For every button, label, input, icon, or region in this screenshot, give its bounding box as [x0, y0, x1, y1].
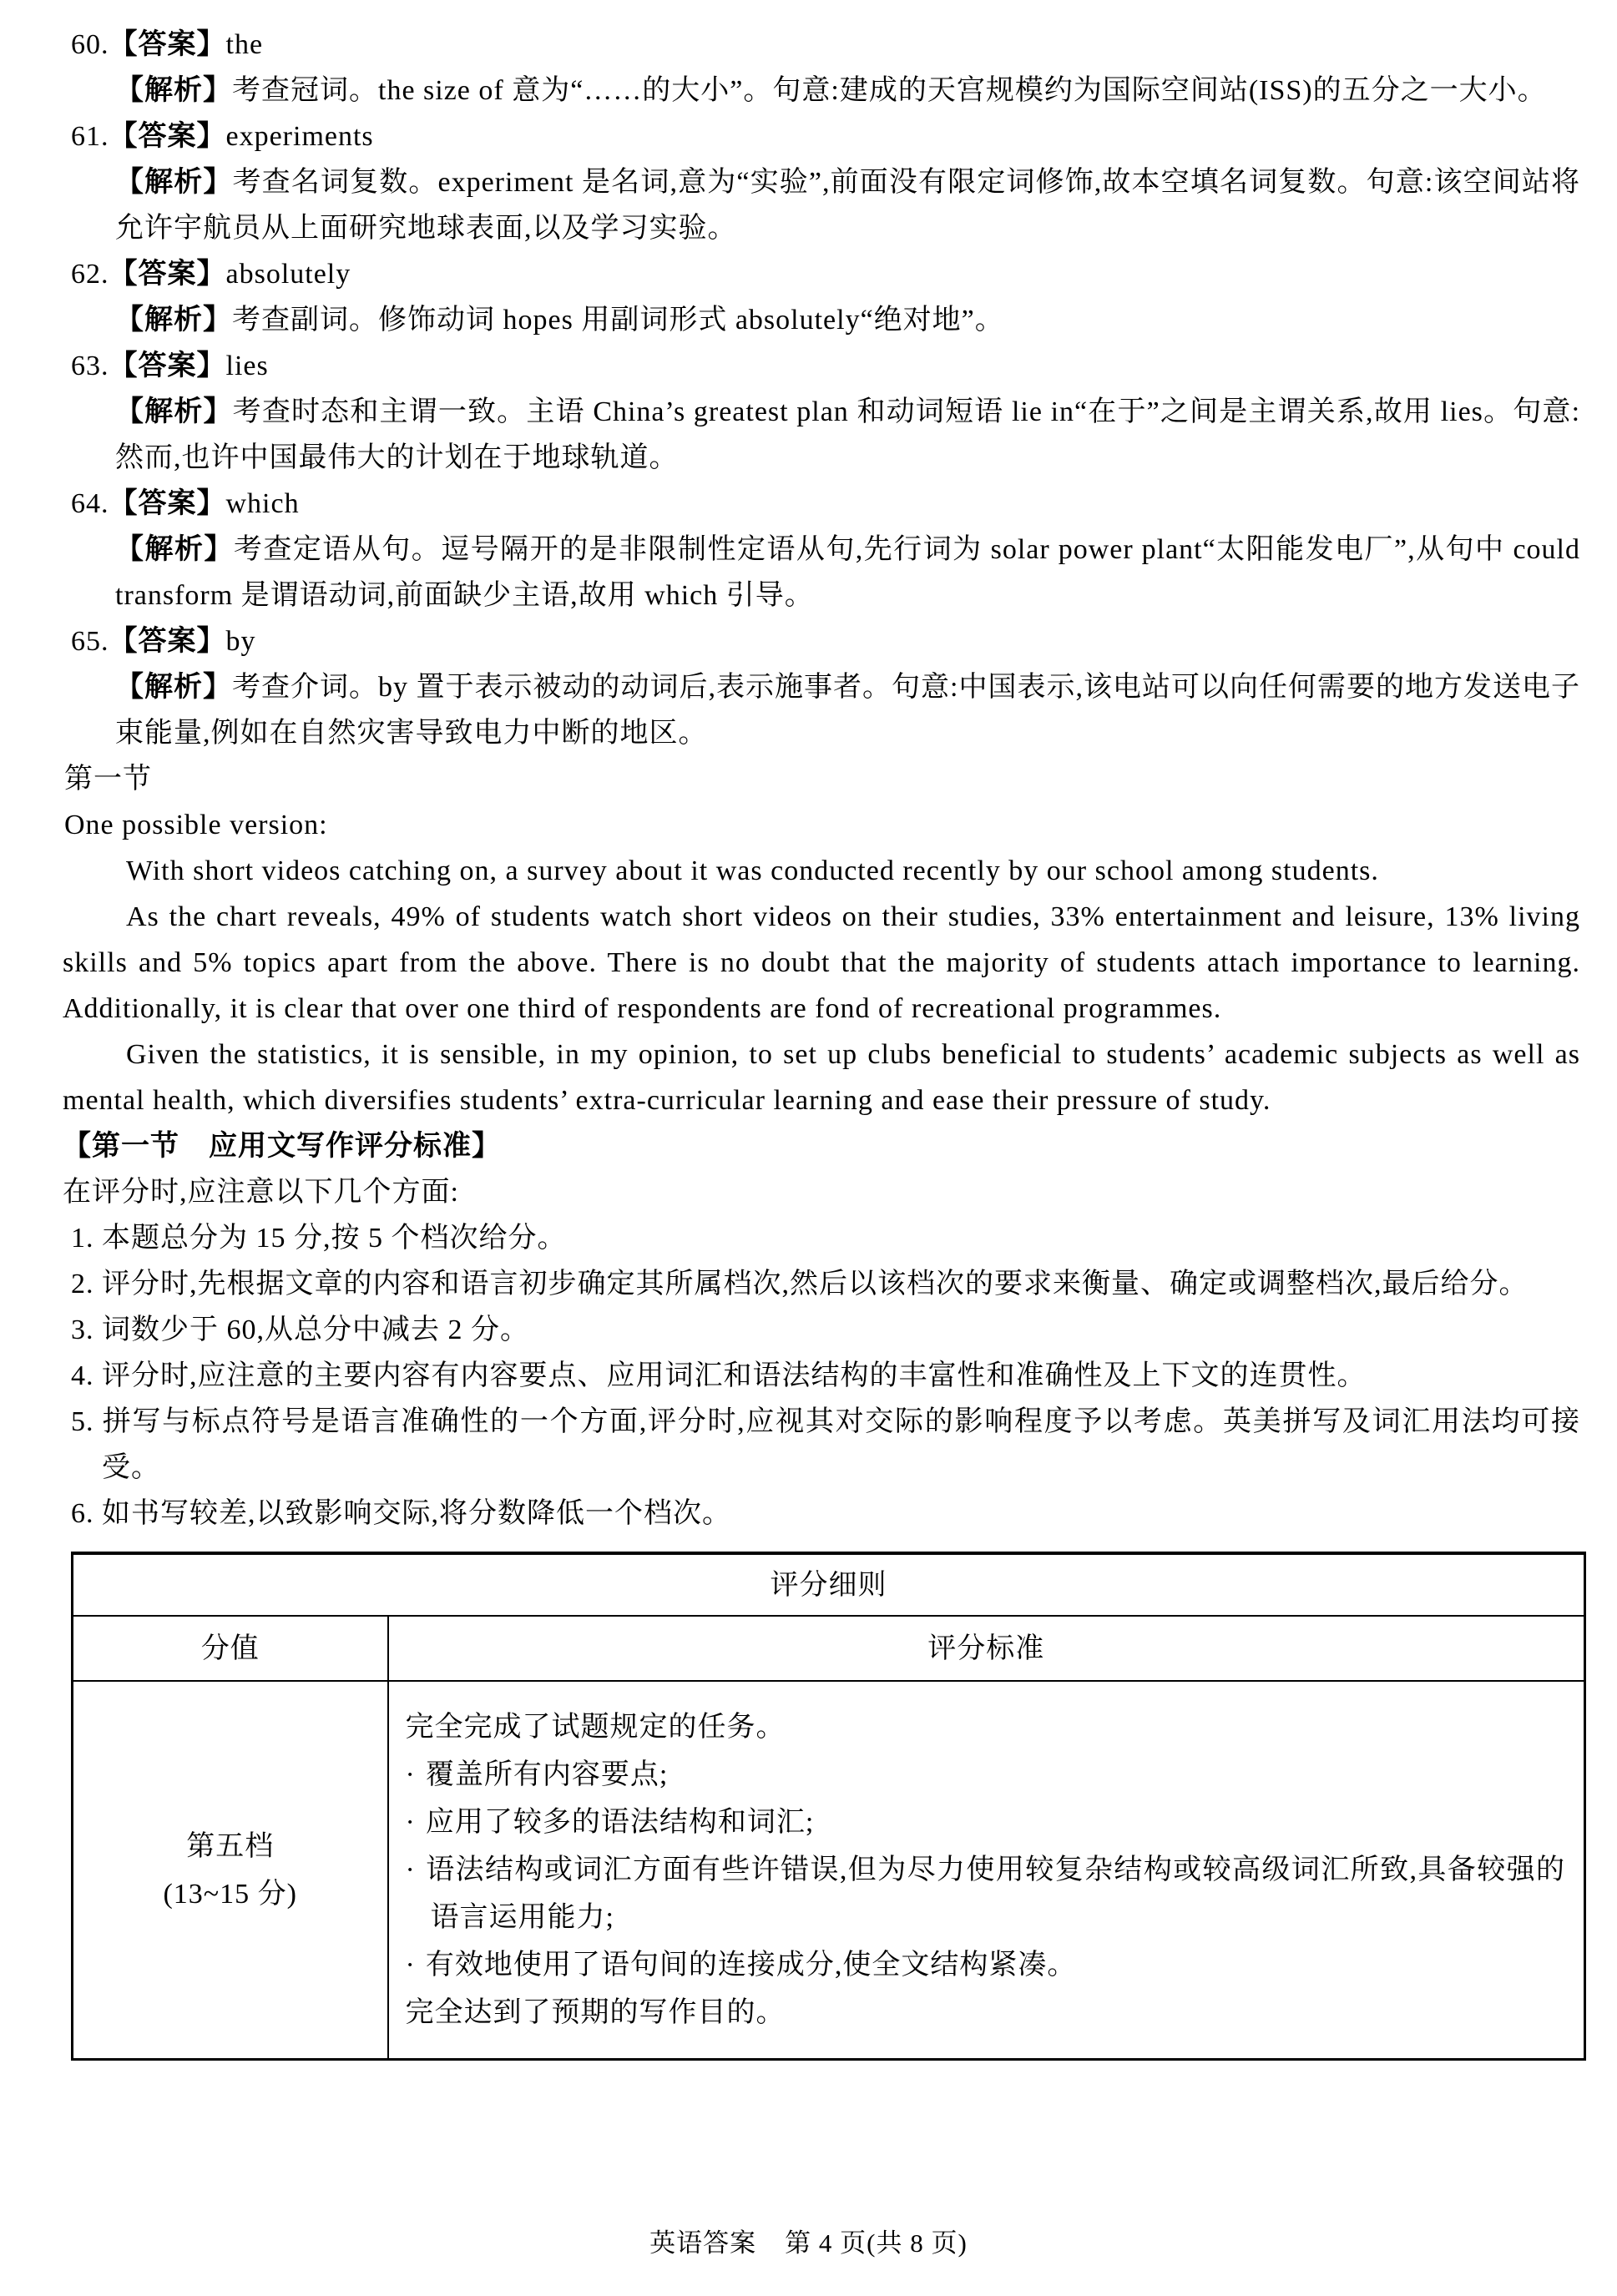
- answer-text: the: [226, 29, 264, 60]
- footer-page-number: 第 4 页(共 8 页): [785, 2228, 968, 2258]
- band-cell: 第五档 (13~15 分): [73, 1681, 388, 2060]
- answer-label: 【答案】: [109, 487, 226, 519]
- criteria-text: 有效地使用了语句间的连接成分,使全文结构紧凑。: [426, 1950, 1077, 1981]
- item-text: 如书写较差,以致影响交际,将分数降低一个档次。: [102, 1498, 731, 1529]
- standards-item: 1.本题总分为 15 分,按 5 个档次给分。: [63, 1215, 1580, 1261]
- answer-line: 65.【答案】by: [63, 618, 1580, 664]
- item-text: 评分时,先根据文章的内容和语言初步确定其所属档次,然后以该档次的要求来衡量、确定…: [102, 1269, 1529, 1299]
- item-number: 1.: [71, 1215, 102, 1261]
- answer-key-page: 60.【答案】the 【解析】考查冠词。the size of 意为“……的大小…: [0, 0, 1617, 2296]
- analysis-line: 【解析】考查副词。修饰动词 hopes 用副词形式 absolutely“绝对地…: [115, 297, 1580, 343]
- answer-text: lies: [226, 351, 269, 381]
- analysis-text: 考查时态和主谓一致。主语 China’s greatest plan 和动词短语…: [115, 396, 1580, 473]
- standards-item: 3.词数少于 60,从总分中减去 2 分。: [63, 1307, 1580, 1353]
- criteria-text: 覆盖所有内容要点;: [426, 1759, 668, 1790]
- criteria-text: 语法结构或词汇方面有些许错误,但为尽力使用较复杂结构或较高级词汇所致,具备较强的…: [426, 1854, 1565, 1933]
- bullet-dot: ·: [406, 1807, 416, 1838]
- answer-text: by: [226, 626, 256, 657]
- table-band-row: 第五档 (13~15 分) 完全完成了试题规定的任务。 ·覆盖所有内容要点; ·…: [73, 1681, 1585, 2060]
- criteria-line: ·应用了较多的语法结构和词汇;: [406, 1799, 1566, 1846]
- column-header-score: 分值: [73, 1616, 388, 1681]
- answer-text: experiments: [226, 121, 374, 152]
- item-number: 4.: [71, 1353, 102, 1399]
- analysis-text: 考查冠词。the size of 意为“……的大小”。句意:建成的天宫规模约为国…: [232, 75, 1547, 106]
- standards-item: 5.拼写与标点符号是语言准确性的一个方面,评分时,应视其对交际的影响程度予以考虑…: [63, 1399, 1580, 1491]
- analysis-line: 【解析】考查时态和主谓一致。主语 China’s greatest plan 和…: [115, 389, 1580, 481]
- analysis-text: 考查介词。by 置于表示被动的动词后,表示施事者。句意:中国表示,该电站可以向任…: [115, 672, 1580, 749]
- analysis-text: 考查定语从句。逗号隔开的是非限制性定语从句,先行词为 solar power p…: [115, 534, 1580, 611]
- item-text: 评分时,应注意的主要内容有内容要点、应用词汇和语法结构的丰富性和准确性及上下文的…: [102, 1360, 1367, 1391]
- standards-item: 4.评分时,应注意的主要内容有内容要点、应用词汇和语法结构的丰富性和准确性及上下…: [63, 1353, 1580, 1399]
- qa-item: 61.【答案】experiments 【解析】考查名词复数。experiment…: [63, 114, 1580, 251]
- answer-line: 62.【答案】absolutely: [63, 251, 1580, 297]
- table-title: 评分细则: [73, 1553, 1585, 1616]
- standards-item: 2.评分时,先根据文章的内容和语言初步确定其所属档次,然后以该档次的要求来衡量、…: [63, 1261, 1580, 1307]
- analysis-line: 【解析】考查冠词。the size of 意为“……的大小”。句意:建成的天宫规…: [115, 68, 1580, 114]
- essay-paragraph: Given the statistics, it is sensible, in…: [63, 1032, 1580, 1123]
- criteria-line: 完全达到了预期的写作目的。: [406, 1989, 1566, 2036]
- bullet-dot: ·: [406, 1950, 416, 1981]
- criteria-line: ·覆盖所有内容要点;: [406, 1751, 1566, 1799]
- bullet-dot: ·: [406, 1759, 416, 1790]
- analysis-label: 【解析】: [115, 166, 233, 198]
- analysis-text: 考查副词。修饰动词 hopes 用副词形式 absolutely“绝对地”。: [232, 305, 1004, 336]
- analysis-line: 【解析】考查定语从句。逗号隔开的是非限制性定语从句,先行词为 solar pow…: [115, 527, 1580, 618]
- analysis-line: 【解析】考查介词。by 置于表示被动的动词后,表示施事者。句意:中国表示,该电站…: [115, 664, 1580, 756]
- item-number: 60.: [71, 29, 109, 60]
- answer-line: 61.【答案】experiments: [63, 114, 1580, 159]
- answer-label: 【答案】: [109, 28, 226, 60]
- criteria-line: 完全完成了试题规定的任务。: [406, 1703, 1566, 1751]
- standards-intro: 在评分时,应注意以下几个方面:: [63, 1169, 1580, 1215]
- table-title-row: 评分细则: [73, 1553, 1585, 1616]
- item-number: 64.: [71, 488, 109, 519]
- item-number: 3.: [71, 1307, 102, 1353]
- qa-item: 62.【答案】absolutely 【解析】考查副词。修饰动词 hopes 用副…: [63, 251, 1580, 343]
- footer-doc-label: 英语答案: [649, 2228, 756, 2258]
- answer-line: 60.【答案】the: [63, 22, 1580, 68]
- item-number: 61.: [71, 121, 109, 152]
- bullet-dot: ·: [406, 1854, 416, 1885]
- item-number: 2.: [71, 1261, 102, 1307]
- analysis-label: 【解析】: [115, 396, 233, 427]
- qa-item: 63.【答案】lies 【解析】考查时态和主谓一致。主语 China’s gre…: [63, 343, 1580, 481]
- standards-header: 【第一节 应用文写作评分标准】: [63, 1123, 1580, 1169]
- answer-line: 63.【答案】lies: [63, 343, 1580, 389]
- column-header-criteria: 评分标准: [388, 1616, 1585, 1681]
- band-name: 第五档: [74, 1823, 387, 1870]
- table-header-row: 分值 评分标准: [73, 1616, 1585, 1681]
- qa-section: 60.【答案】the 【解析】考查冠词。the size of 意为“……的大小…: [63, 22, 1580, 756]
- item-number: 65.: [71, 626, 109, 657]
- answer-label: 【答案】: [109, 350, 226, 381]
- essay-version-label: One possible version:: [63, 802, 1580, 848]
- item-number: 62.: [71, 259, 109, 290]
- qa-item: 64.【答案】which 【解析】考查定语从句。逗号隔开的是非限制性定语从句,先…: [63, 481, 1580, 618]
- analysis-label: 【解析】: [115, 74, 232, 106]
- analysis-label: 【解析】: [115, 533, 234, 565]
- essay-paragraph: As the chart reveals, 49% of students wa…: [63, 894, 1580, 1032]
- qa-item: 60.【答案】the 【解析】考查冠词。the size of 意为“……的大小…: [63, 22, 1580, 114]
- item-text: 词数少于 60,从总分中减去 2 分。: [102, 1315, 529, 1345]
- analysis-text: 考查名词复数。experiment 是名词,意为“实验”,前面没有限定词修饰,故…: [115, 167, 1580, 244]
- analysis-label: 【解析】: [115, 304, 232, 336]
- essay-paragraph: With short videos catching on, a survey …: [63, 848, 1580, 894]
- item-number: 63.: [71, 351, 109, 381]
- qa-item: 65.【答案】by 【解析】考查介词。by 置于表示被动的动词后,表示施事者。句…: [63, 618, 1580, 756]
- item-text: 拼写与标点符号是语言准确性的一个方面,评分时,应视其对交际的影响程度予以考虑。英…: [102, 1406, 1580, 1483]
- item-text: 本题总分为 15 分,按 5 个档次给分。: [102, 1223, 567, 1254]
- band-range: (13~15 分): [74, 1870, 387, 1918]
- essay-section-label: 第一节: [63, 756, 1580, 802]
- criteria-line: ·有效地使用了语句间的连接成分,使全文结构紧凑。: [406, 1941, 1566, 1989]
- item-number: 5.: [71, 1399, 102, 1445]
- essay-section: 第一节 One possible version: With short vid…: [63, 756, 1580, 1123]
- answer-text: which: [226, 488, 300, 519]
- answer-text: absolutely: [226, 259, 351, 290]
- answer-label: 【答案】: [109, 120, 226, 152]
- criteria-text: 应用了较多的语法结构和词汇;: [426, 1807, 814, 1838]
- answer-label: 【答案】: [109, 625, 226, 657]
- criteria-line: ·语法结构或词汇方面有些许错误,但为尽力使用较复杂结构或较高级词汇所致,具备较强…: [406, 1846, 1566, 1941]
- standards-item: 6.如书写较差,以致影响交际,将分数降低一个档次。: [63, 1491, 1580, 1537]
- standards-section: 【第一节 应用文写作评分标准】 在评分时,应注意以下几个方面: 1.本题总分为 …: [63, 1123, 1580, 1537]
- answer-line: 64.【答案】which: [63, 481, 1580, 527]
- analysis-line: 【解析】考查名词复数。experiment 是名词,意为“实验”,前面没有限定词…: [115, 159, 1580, 251]
- item-number: 6.: [71, 1491, 102, 1537]
- analysis-label: 【解析】: [115, 671, 232, 703]
- rubric-table: 评分细则 分值 评分标准 第五档 (13~15 分) 完全完成了试题规定的任务。…: [71, 1552, 1586, 2061]
- page-footer: 英语答案第 4 页(共 8 页): [0, 2227, 1617, 2260]
- criteria-cell: 完全完成了试题规定的任务。 ·覆盖所有内容要点; ·应用了较多的语法结构和词汇;…: [388, 1681, 1585, 2060]
- answer-label: 【答案】: [109, 258, 226, 290]
